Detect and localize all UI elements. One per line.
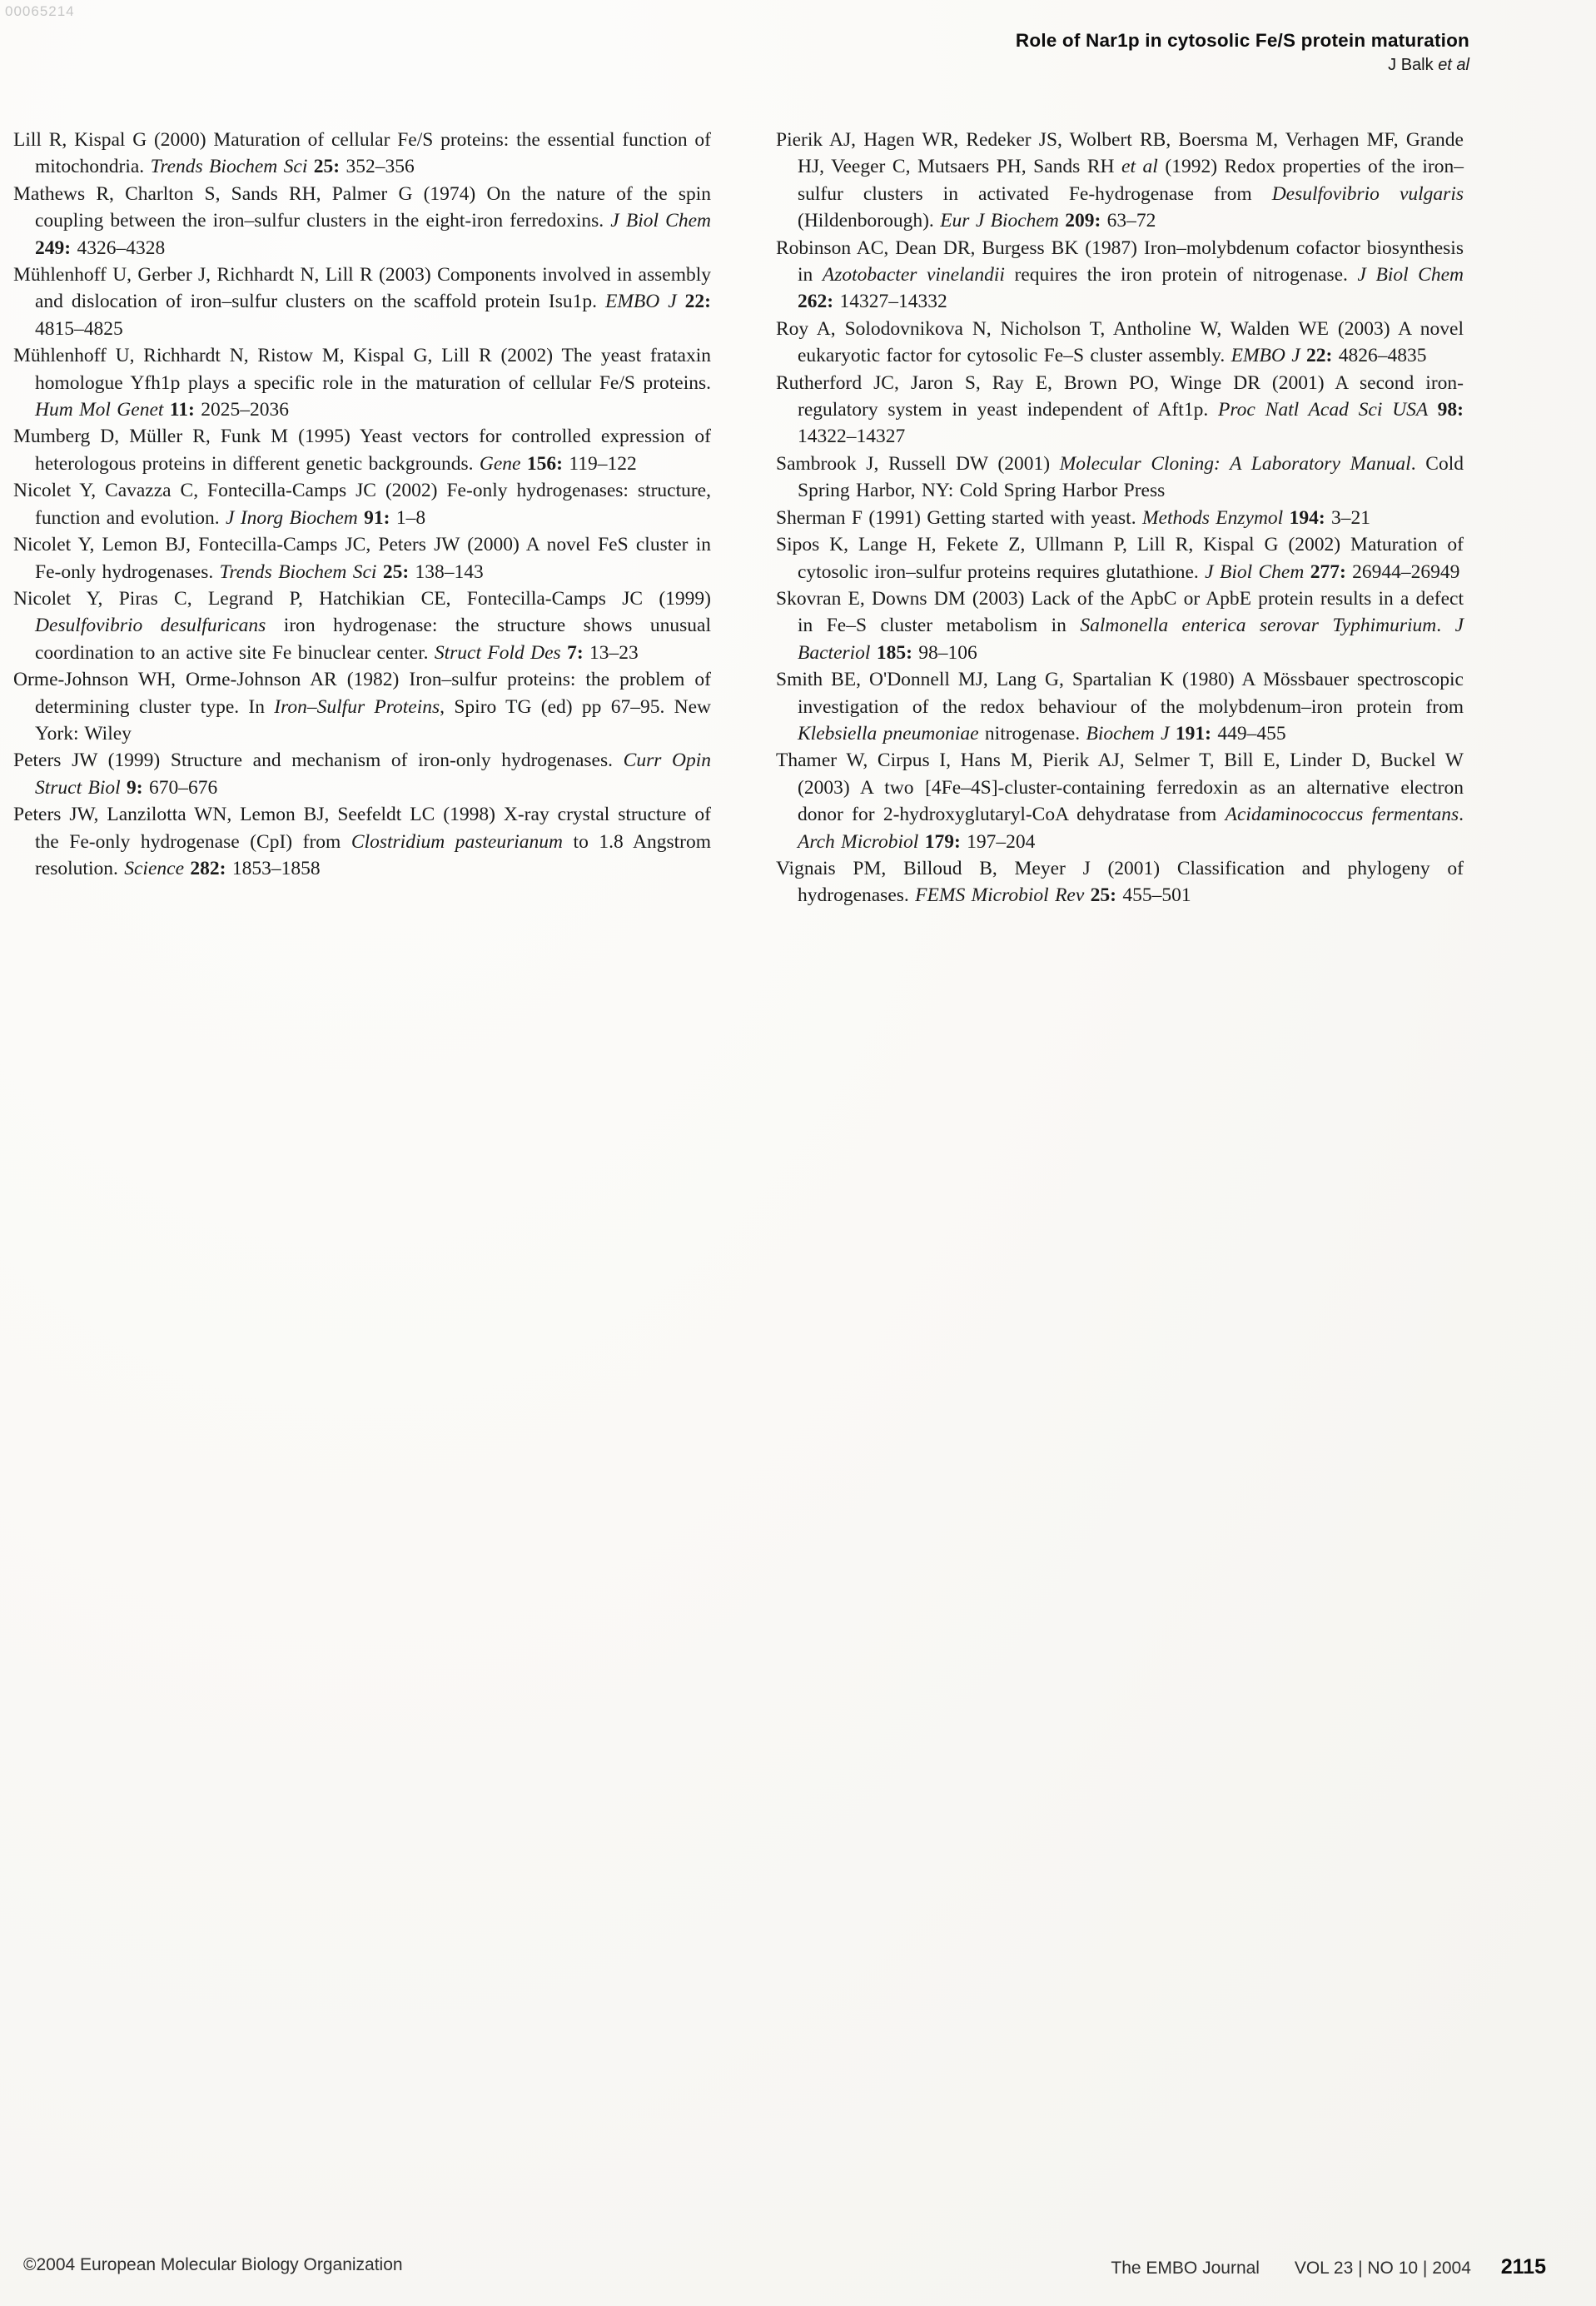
reference-text: 2025–2036: [195, 399, 289, 421]
reference-entry: Roy A, Solodovnikova N, Nicholson T, Ant…: [776, 316, 1464, 370]
volume-issue: VOL 23 | NO 10 | 2004: [1295, 2259, 1471, 2278]
reference-italic: FEMS Microbiol Rev: [915, 884, 1091, 906]
reference-entry: Mathews R, Charlton S, Sands RH, Palmer …: [13, 181, 711, 261]
reference-text: requires the iron protein of nitrogenase…: [1005, 264, 1358, 286]
reference-text: 3–21: [1325, 507, 1370, 529]
reference-bold: 22:: [685, 291, 711, 312]
reference-entry: Sambrook J, Russell DW (2001) Molecular …: [776, 451, 1464, 505]
reference-italic: Trends Biochem Sci: [151, 156, 314, 177]
copyright-notice: ©2004 European Molecular Biology Organiz…: [23, 2255, 403, 2275]
reference-italic: Hum Mol Genet: [35, 399, 170, 421]
reference-text: 138–143: [409, 561, 484, 583]
reference-text: Sambrook J, Russell DW (2001): [776, 453, 1060, 475]
page-number: 2115: [1501, 2255, 1546, 2279]
reference-bold: 249:: [35, 237, 71, 259]
journal-page: 00065214 Role of Nar1p in cytosolic Fe/S…: [0, 0, 1596, 2306]
reference-bold: 25:: [383, 561, 409, 583]
reference-bold: 282:: [190, 858, 226, 879]
reference-entry: Mühlenhoff U, Gerber J, Richhardt N, Lil…: [13, 261, 711, 342]
reference-italic: Iron–Sulfur Proteins: [274, 696, 440, 718]
reference-bold: 22:: [1306, 345, 1332, 366]
reference-text: 1–8: [390, 507, 425, 529]
reference-entry: Skovran E, Downs DM (2003) Lack of the A…: [776, 585, 1464, 666]
reference-italic: J Inorg Biochem: [226, 507, 364, 529]
reference-text: 455–501: [1116, 884, 1191, 906]
reference-entry: Nicolet Y, Piras C, Legrand P, Hatchikia…: [13, 585, 711, 666]
reference-entry: Sherman F (1991) Getting started with ye…: [776, 505, 1464, 531]
reference-entry: Mumberg D, Müller R, Funk M (1995) Yeast…: [13, 423, 711, 477]
reference-italic: Desulfovibrio desulfuricans: [35, 615, 266, 636]
reference-entry: Pierik AJ, Hagen WR, Redeker JS, Wolbert…: [776, 127, 1464, 235]
reference-entry: Rutherford JC, Jaron S, Ray E, Brown PO,…: [776, 370, 1464, 451]
reference-italic: Azotobacter vinelandii: [823, 264, 1005, 286]
reference-italic: Desulfovibrio vulgaris: [1272, 183, 1464, 205]
reference-bold: 209:: [1065, 210, 1101, 232]
reference-bold: 179:: [925, 831, 961, 853]
page-header: Role of Nar1p in cytosolic Fe/S protein …: [1016, 30, 1469, 75]
reference-text: 63–72: [1101, 210, 1156, 232]
reference-entry: Nicolet Y, Cavazza C, Fontecilla-Camps J…: [13, 477, 711, 531]
reference-text: 4326–4328: [71, 237, 165, 259]
references-column-right: Pierik AJ, Hagen WR, Redeker JS, Wolbert…: [776, 127, 1464, 909]
reference-bold: 7:: [567, 642, 584, 664]
reference-italic: Biochem J: [1086, 723, 1176, 745]
reference-italic: et al: [1121, 156, 1158, 177]
running-title: Role of Nar1p in cytosolic Fe/S protein …: [1016, 30, 1469, 52]
reference-bold: 9:: [127, 777, 143, 799]
reference-text: Sherman F (1991) Getting started with ye…: [776, 507, 1142, 529]
reference-bold: 262:: [798, 291, 833, 312]
reference-entry: Vignais PM, Billoud B, Meyer J (2001) Cl…: [776, 855, 1464, 909]
authors-text: J Balk: [1388, 56, 1438, 74]
reference-text: 98–106: [912, 642, 977, 664]
reference-italic: Eur J Biochem: [940, 210, 1065, 232]
reference-text: Peters JW (1999) Structure and mechanism…: [13, 750, 624, 771]
reference-text: 14327–14332: [833, 291, 947, 312]
reference-italic: Gene: [480, 453, 527, 475]
reference-italic: EMBO J: [605, 291, 685, 312]
reference-text: 4815–4825: [35, 318, 123, 340]
reference-text: Mühlenhoff U, Richhardt N, Ristow M, Kis…: [13, 345, 711, 393]
reference-entry: Smith BE, O'Donnell MJ, Lang G, Spartali…: [776, 666, 1464, 747]
scan-number: 00065214: [5, 3, 75, 20]
references-column-left: Lill R, Kispal G (2000) Maturation of ce…: [13, 127, 711, 882]
reference-bold: 194:: [1290, 507, 1325, 529]
reference-italic: Science: [124, 858, 190, 879]
reference-entry: Peters JW, Lanzilotta WN, Lemon BJ, Seef…: [13, 801, 711, 882]
authors-line: J Balk et al: [1016, 56, 1469, 75]
reference-bold: 277:: [1310, 561, 1346, 583]
reference-italic: EMBO J: [1231, 345, 1306, 366]
reference-text: 14322–14327: [798, 426, 905, 447]
reference-text: (Hildenborough).: [798, 210, 940, 232]
reference-entry: Sipos K, Lange H, Fekete Z, Ullmann P, L…: [776, 531, 1464, 585]
reference-entry: Orme-Johnson WH, Orme-Johnson AR (1982) …: [13, 666, 711, 747]
reference-italic: Proc Natl Acad Sci USA: [1218, 399, 1438, 421]
reference-italic: J Biol Chem: [1357, 264, 1464, 286]
reference-bold: 191:: [1176, 723, 1211, 745]
reference-bold: 185:: [877, 642, 912, 664]
reference-bold: 25:: [1091, 884, 1116, 906]
reference-italic: Struct Fold Des: [435, 642, 567, 664]
reference-italic: J Biol Chem: [1205, 561, 1310, 583]
journal-name: The EMBO Journal: [1111, 2259, 1260, 2278]
reference-italic: Methods Enzymol: [1142, 507, 1290, 529]
reference-text: Smith BE, O'Donnell MJ, Lang G, Spartali…: [776, 669, 1464, 717]
reference-text: 197–204: [961, 831, 1036, 853]
reference-italic: Klebsiella pneumoniae: [798, 723, 979, 745]
reference-italic: Acidaminococcus fermentans: [1226, 804, 1459, 825]
reference-text: 449–455: [1211, 723, 1286, 745]
reference-bold: 11:: [170, 399, 195, 421]
reference-entry: Thamer W, Cirpus I, Hans M, Pierik AJ, S…: [776, 747, 1464, 855]
reference-text: 119–122: [563, 453, 637, 475]
reference-text: 26944–26949: [1346, 561, 1460, 583]
reference-text: 352–356: [340, 156, 415, 177]
reference-bold: 98:: [1438, 399, 1464, 421]
reference-italic: Trends Biochem Sci: [220, 561, 383, 583]
reference-text: 1853–1858: [226, 858, 320, 879]
authors-italic: et al: [1438, 56, 1469, 74]
reference-italic: J Biol Chem: [610, 210, 711, 232]
reference-entry: Nicolet Y, Lemon BJ, Fontecilla-Camps JC…: [13, 531, 711, 585]
reference-text: 13–23: [584, 642, 639, 664]
reference-italic: Salmonella enterica serovar Typhimurium: [1080, 615, 1436, 636]
reference-bold: 91:: [364, 507, 390, 529]
reference-entry: Lill R, Kispal G (2000) Maturation of ce…: [13, 127, 711, 181]
reference-text: 4826–4835: [1332, 345, 1426, 366]
reference-text: nitrogenase.: [979, 723, 1086, 745]
reference-entry: Mühlenhoff U, Richhardt N, Ristow M, Kis…: [13, 342, 711, 423]
reference-italic: Molecular Cloning: A Laboratory Manual: [1060, 453, 1411, 475]
reference-text: .: [1459, 804, 1464, 825]
reference-italic: Arch Microbiol: [798, 831, 925, 853]
page-footer: ©2004 European Molecular Biology Organiz…: [0, 2250, 1596, 2287]
reference-italic: Clostridium pasteurianum: [351, 831, 563, 853]
reference-bold: 156:: [527, 453, 563, 475]
reference-text: Mathews R, Charlton S, Sands RH, Palmer …: [13, 183, 711, 232]
reference-text: 670–676: [143, 777, 218, 799]
reference-text: .: [1436, 615, 1454, 636]
journal-info: The EMBO Journal VOL 23 | NO 10 | 2004 2…: [1111, 2255, 1546, 2279]
reference-text: Nicolet Y, Piras C, Legrand P, Hatchikia…: [13, 588, 711, 610]
reference-entry: Peters JW (1999) Structure and mechanism…: [13, 747, 711, 801]
reference-entry: Robinson AC, Dean DR, Burgess BK (1987) …: [776, 235, 1464, 316]
reference-bold: 25:: [314, 156, 340, 177]
